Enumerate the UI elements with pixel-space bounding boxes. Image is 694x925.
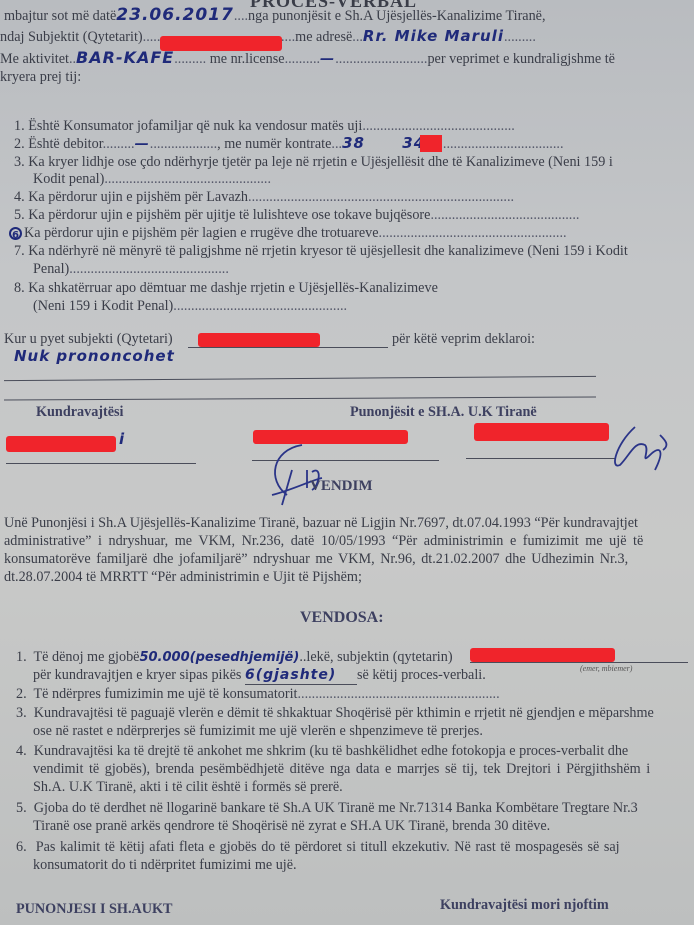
violation-7: 7. Ka ndërhyrë në mënyrë të paligjshme n… <box>14 243 628 260</box>
redaction-citizen-name <box>198 333 320 347</box>
decision-heading: VENDIM <box>310 478 373 495</box>
violation-8-cont: (Neni 159 i Kodit Penal)................… <box>33 298 347 315</box>
decision-item-4-line-2: vendimit të gjobës), brenda pesëmbëdhjet… <box>33 761 650 778</box>
violation-8: 8. Ka shkatërruar apo dëmtuar me dashje … <box>14 280 438 297</box>
redaction-contract-number <box>420 135 442 152</box>
decision-item-1: 1. Të dënoj me gjobë50.000(pesedhjemijë)… <box>16 649 453 666</box>
decision-item-4-line-3: Sh.A. U.K Tiranë, akti i të cilit është … <box>33 779 343 796</box>
subject-label: ndaj Subjektit (Qytetarit) <box>0 29 143 45</box>
vendosa-heading: VENDOSA: <box>300 609 384 627</box>
decision-item-3-line-2: ose në rastet e ndërprerjes së fumizimit… <box>33 723 483 740</box>
employees-signature-label: Punonjësit e SH.A. U.K Tiranë <box>350 404 537 421</box>
violation-3: 3. Ka kryer lidhje ose çdo ndërhyrje tje… <box>14 154 613 171</box>
declaration-label: për këtë veprim deklaroi: <box>392 331 535 348</box>
debt-handwritten: — <box>135 136 150 152</box>
point-number-handwritten: 6(gjashte) <box>245 667 357 685</box>
decision-preamble-line-3: konsumatorëve familjarë dhe jofamiljarë”… <box>4 551 628 568</box>
violation-7-cont: Penal)..................................… <box>33 261 229 278</box>
decision-preamble-line-2: administrative” i ndryshuar, me VKM, Nr.… <box>4 533 643 550</box>
decision-item-6-line-2: konsumatorit do ti ndërpritet fumizimi m… <box>33 857 297 874</box>
violation-3-cont: Kodit penal)............................… <box>33 171 271 188</box>
violation-2: 2. Është debitor.........—..............… <box>14 135 563 153</box>
intro-org-text: nga punonjësit e Sh.A Ujësjellës-Kanaliz… <box>248 8 546 24</box>
declaration-line-1 <box>4 376 596 381</box>
redaction-offender-name <box>6 436 116 452</box>
decision-preamble-line-4: dt.28.07.2004 të MRRTT “Për administrimi… <box>4 569 362 586</box>
decision-item-1-line-2: për kundravajtjen e kryer sipas pikës 6(… <box>33 667 486 685</box>
employee-2-signature-line <box>466 458 616 459</box>
date-handwritten: 23.06.2017 <box>116 5 234 25</box>
signature-scribble-employee-2 <box>605 425 675 475</box>
violation-4: 4. Ka përdorur ujin e pijshëm për Lavazh… <box>14 189 514 206</box>
declaration-question: Kur u pyet subjekti (Qytetari) <box>4 331 173 348</box>
footer-offender-label: Kundravajtësi mori njoftim <box>440 897 609 914</box>
intro-line-3: Me aktivitet..BAR-KAFE......... me nr.li… <box>0 49 615 68</box>
intro-date-label: mbajtur sot më datë <box>4 8 116 24</box>
address-handwritten: Rr. Mike Maruli <box>363 27 504 45</box>
fine-amount-handwritten: 50.000(pesedhjemijë) <box>139 650 299 665</box>
violation-1: 1. Është Konsumator jofamiljar që nuk ka… <box>14 118 515 135</box>
footer-employee-label: PUNONJESI I SH.AUKT <box>16 901 173 918</box>
violation-6-circled: 6Ka përdorur ujin e pijshëm për lagien e… <box>9 225 567 242</box>
decision-item-5-line-2: Tiranë ose pranë arkës qendrore të Shoqë… <box>33 818 550 835</box>
contract-number-handwritten: 38 34 <box>342 134 425 152</box>
address-label: me adresë <box>295 29 352 45</box>
fined-name-line <box>470 662 688 663</box>
offender-signature-label: Kundravajtësi <box>36 404 124 421</box>
decision-item-5: 5. Gjoba do të derdhet në llogarinë bank… <box>16 800 638 817</box>
activity-handwritten: BAR-KAFE <box>76 48 174 67</box>
offender-name-visible: i <box>119 430 125 448</box>
declaration-statement-handwritten: Nuk prononcohet <box>14 347 175 365</box>
decision-item-4: 4. Kundravajtësi ka të drejtë të ankohet… <box>16 743 628 760</box>
decision-item-6: 6. Pas kalimit të këtij afati fleta e gj… <box>16 839 620 856</box>
name-caption: (emer, mbiemer) <box>580 664 632 673</box>
intro-line-1: mbajtur sot më datë23.06.2017....nga pun… <box>4 7 546 25</box>
circled-number-6: 6 <box>9 227 22 240</box>
redaction-employee-2 <box>474 423 609 441</box>
offender-signature-line <box>6 463 196 464</box>
violation-5: 5. Ka përdorur ujin e pijshëm për ujitje… <box>14 207 579 224</box>
license-label: me nr.license <box>210 51 285 67</box>
decision-preamble-line-1: Unë Punonjësi i Sh.A Ujësjellës-Kanalizi… <box>4 515 638 532</box>
declaration-name-line <box>188 347 388 348</box>
decision-item-3: 3. Kundravajtësi të paguajë vlerën e dëm… <box>16 705 654 722</box>
intro-violations-label: per veprimet e kundraligjshme të <box>427 51 615 67</box>
intro-line-4: kryera prej tij: <box>0 69 81 86</box>
declaration-line-2 <box>4 396 596 400</box>
redaction-fined-name <box>470 648 615 662</box>
decision-item-2: 2. Të ndërpres fumizimin me ujë të konsu… <box>16 686 500 703</box>
activity-label: Me aktivitet <box>0 51 69 67</box>
license-handwritten: — <box>320 51 335 67</box>
